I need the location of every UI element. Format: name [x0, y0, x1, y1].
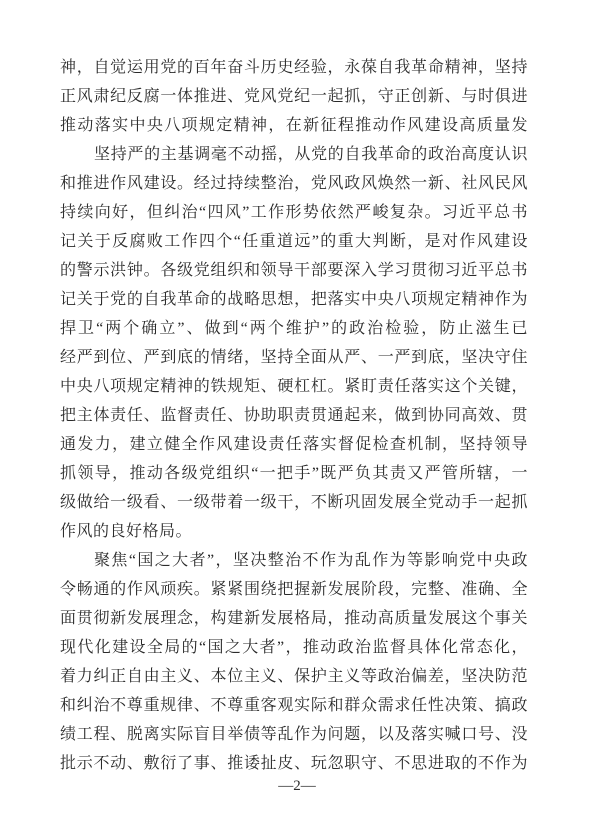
document-body: 神，自觉运用党的百年奋斗历史经验，永葆自我革命精神，坚持正风肃纪反腐一体推进、党… — [60, 53, 528, 778]
document-page: 神，自觉运用党的百年奋斗历史经验，永葆自我革命精神，坚持正风肃纪反腐一体推进、党… — [0, 0, 594, 838]
text-line: 聚焦“国之大者”，坚决整治不作为乱作为等影响党中央政 — [60, 546, 528, 575]
text-line: 绩工程、脱离实际盲目举债等乱作为问题，以及落实喊口号、没 — [60, 720, 528, 749]
text-line: 令畅通的作风顽疾。紧紧围绕把握新发展阶段，完整、准确、全 — [60, 575, 528, 604]
text-line: 记关于党的自我革命的战略思想，把落实中央八项规定精神作为 — [60, 285, 528, 314]
page-number: —2— — [0, 776, 594, 796]
text-line: 把主体责任、监督责任、协助职责贯通起来，做到协同高效、贯 — [60, 401, 528, 430]
text-line: 面贯彻新发展理念，构建新发展格局，推动高质量发展这个事关 — [60, 604, 528, 633]
text-line: 通发力，建立健全作风建设责任落实督促检查机制，坚持领导抓、 — [60, 430, 528, 459]
text-line: 经严到位、严到底的情绪，坚持全面从严、一严到底，坚决守住 — [60, 343, 528, 372]
text-line: 持续向好，但纠治“四风”工作形势依然严峻复杂。习近平总书 — [60, 198, 528, 227]
text-line: 正风肃纪反腐一体推进、党风党纪一起抓，守正创新、与时俱进 — [60, 82, 528, 111]
text-line: 和纠治不尊重规律、不尊重客观实际和群众需求任性决策、搞政 — [60, 691, 528, 720]
text-line: 捍卫“两个确立”、做到“两个维护”的政治检验，防止滋生已 — [60, 314, 528, 343]
text-line: 现代化建设全局的“国之大者”，推动政治监督具体化常态化， — [60, 633, 528, 662]
text-line: 的警示洪钟。各级党组织和领导干部要深入学习贯彻习近平总书 — [60, 256, 528, 285]
text-line: 抓领导，推动各级党组织“一把手”既严负其责又严管所辖，一 — [60, 459, 528, 488]
text-line: 推动落实中央八项规定精神，在新征程推动作风建设高质量发展。 — [60, 111, 528, 140]
text-line: 中央八项规定精神的铁规矩、硬杠杠。紧盯责任落实这个关键， — [60, 372, 528, 401]
text-line: 级做给一级看、一级带着一级干，不断巩固发展全党动手一起抓 — [60, 488, 528, 517]
text-line: 和推进作风建设。经过持续整治，党风政风焕然一新、社风民风 — [60, 169, 528, 198]
text-line: 神，自觉运用党的百年奋斗历史经验，永葆自我革命精神，坚持 — [60, 53, 528, 82]
text-line: 作风的良好格局。 — [60, 517, 528, 546]
text-line: 着力纠正自由主义、本位主义、保护主义等政治偏差，坚决防范 — [60, 662, 528, 691]
text-line: 记关于反腐败工作四个“任重道远”的重大判断，是对作风建设 — [60, 227, 528, 256]
text-line: 坚持严的主基调毫不动摇，从党的自我革命的政治高度认识 — [60, 140, 528, 169]
text-line: 批示不动、敷衍了事、推诿扯皮、玩忽职守、不思进取的不作为 — [60, 749, 528, 778]
